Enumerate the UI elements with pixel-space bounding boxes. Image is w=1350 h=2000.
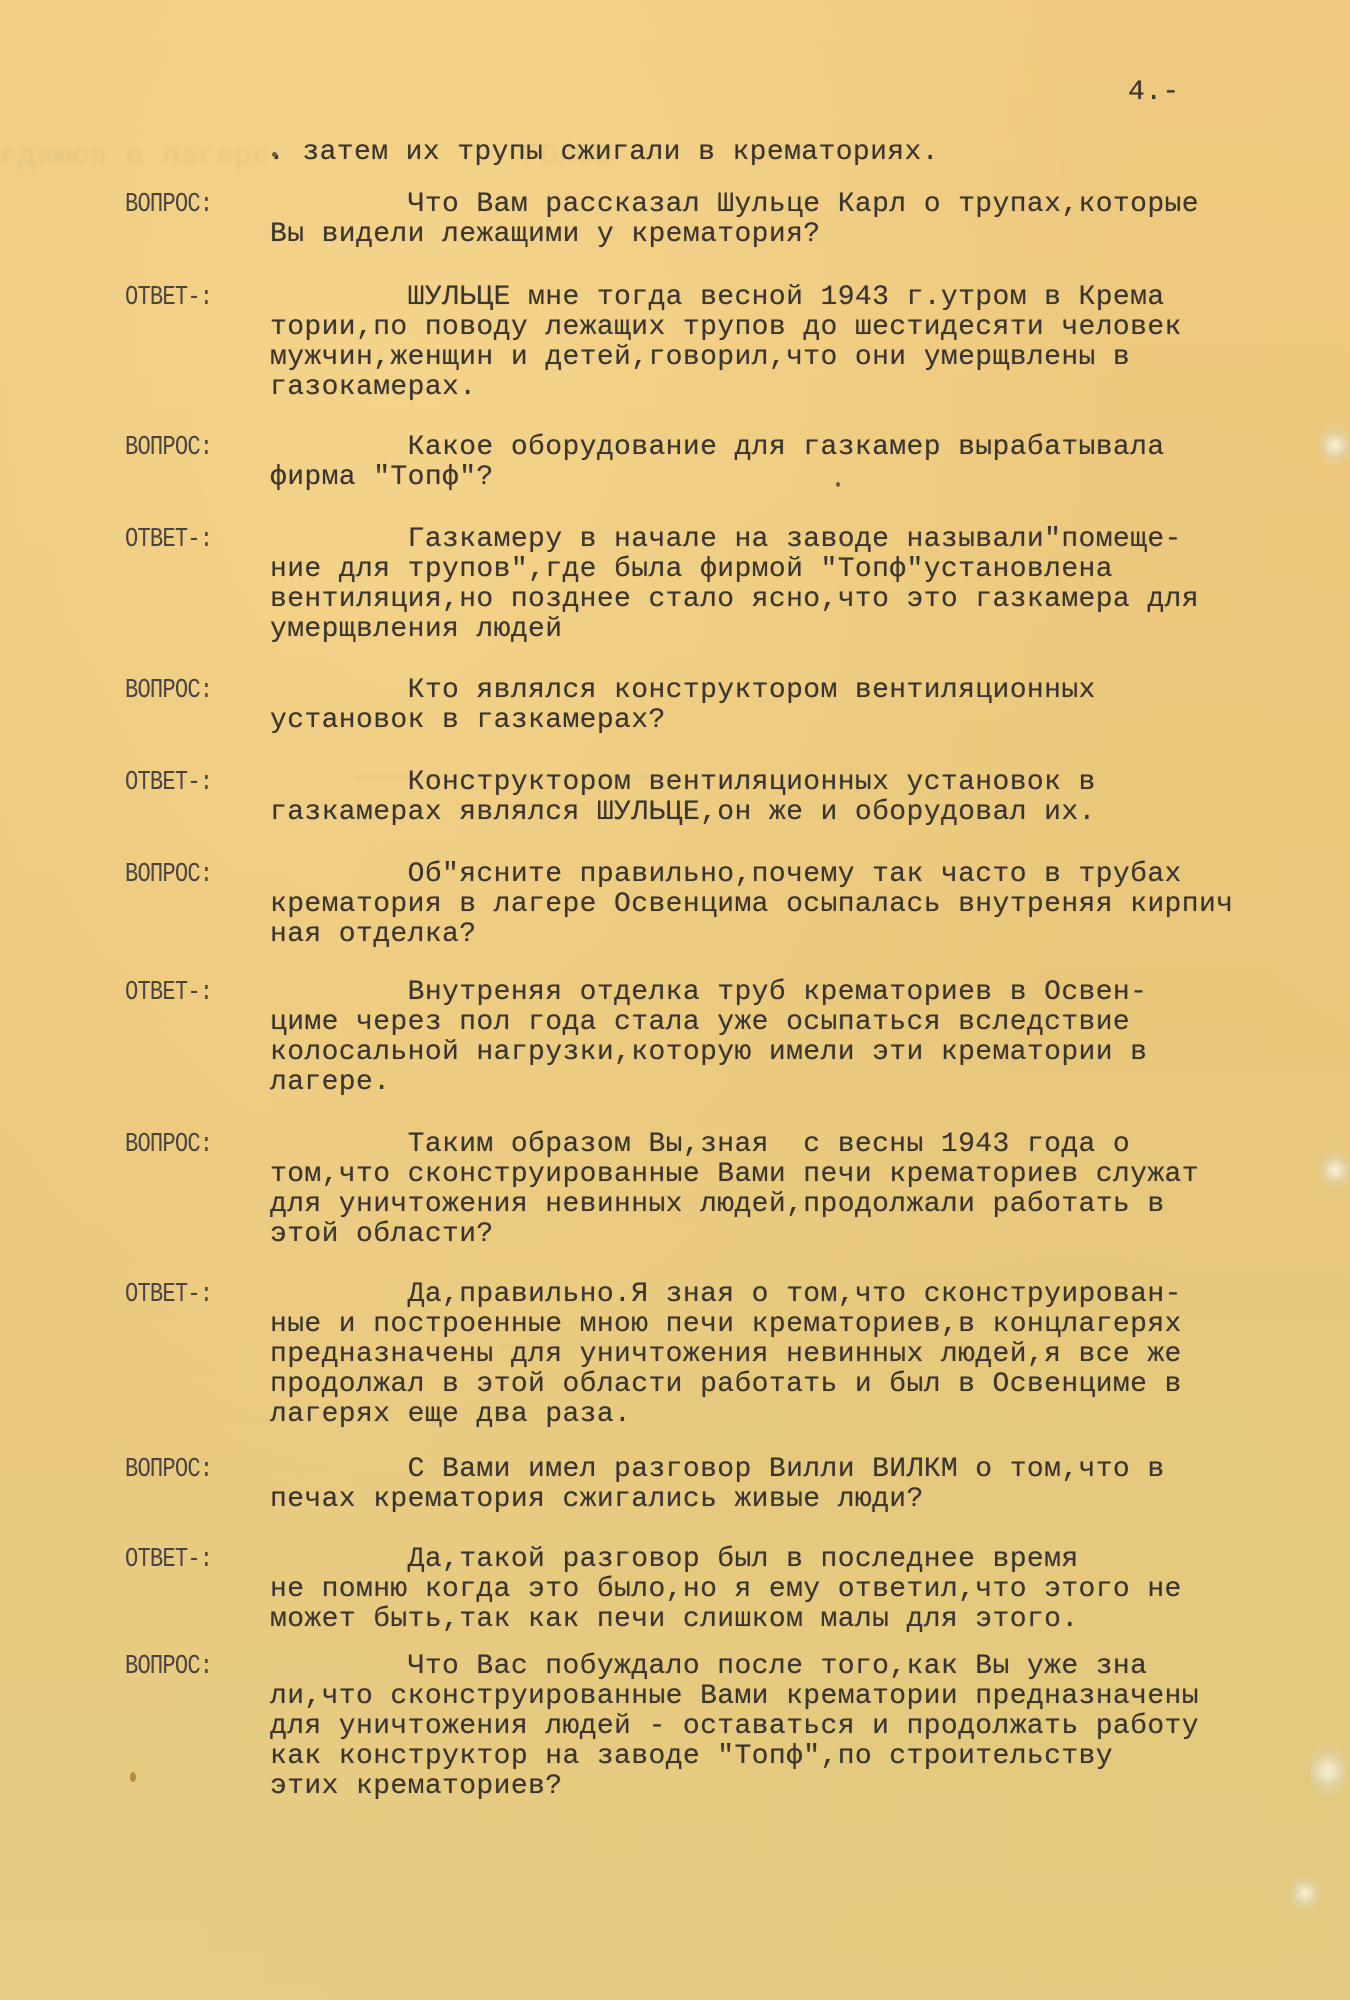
text-line: Об"ясните правильно,почему так часто в т…: [270, 860, 1330, 890]
question-label: ВОПРОС:: [125, 1455, 212, 1485]
entry-text: Внутреняя отделка труб крематориев в Осв…: [270, 978, 1330, 1098]
text-line: ШУЛЬЦЕ мне тогда весной 1943 г.утром в К…: [270, 283, 1330, 313]
text-line: Внутреняя отделка труб крематориев в Осв…: [270, 978, 1330, 1008]
text-line: Что Вас побуждало после того,как Вы уже …: [270, 1652, 1330, 1682]
answer-label: ОТВЕТ-:: [125, 283, 212, 313]
text-line: газокамерах.: [270, 373, 1330, 403]
text-line: ние для трупов",где была фирмой "Топф"ус…: [270, 555, 1330, 585]
ink-speck: [130, 1772, 136, 1782]
text-line: как конструктор на заводе "Топф",по стро…: [270, 1742, 1330, 1772]
text-line: для уничтожения невинных людей,продолжал…: [270, 1190, 1330, 1220]
text-line: предназначены для уничтожения невинных л…: [270, 1340, 1330, 1370]
paper-tear: [1320, 1150, 1350, 1190]
punch-hole: [1310, 1745, 1346, 1797]
text-line: ли,что сконструированные Вами крематории…: [270, 1682, 1330, 1712]
paper-tear: [1320, 425, 1350, 465]
text-line: этой области?: [270, 1220, 1330, 1250]
entry-text: ШУЛЬЦЕ мне тогда весной 1943 г.утром в К…: [270, 283, 1330, 403]
text-line: фирма "Топф"?: [270, 463, 1330, 493]
question-label: ВОПРОС:: [125, 860, 212, 890]
text-line: для уничтожения людей - оставаться и про…: [270, 1712, 1330, 1742]
entry-text: Конструктором вентиляционных установок в…: [270, 768, 1330, 828]
answer-label: ОТВЕТ-:: [125, 768, 212, 798]
text-line: умерщвления людей: [270, 615, 1330, 645]
text-line: Что Вам рассказал Шульце Карл о трупах,к…: [270, 190, 1330, 220]
text-line: крематория в лагере Освенцима осыпалась …: [270, 890, 1330, 920]
entry-text: Да,правильно.Я зная о том,что сконструир…: [270, 1280, 1330, 1430]
punch-hole: [1290, 1875, 1320, 1911]
question-label: ВОПРОС:: [125, 1652, 212, 1682]
text-line: лагере.: [270, 1068, 1330, 1098]
answer-label: ОТВЕТ-:: [125, 525, 212, 555]
text-line: циме через пол года стала уже осыпаться …: [270, 1008, 1330, 1038]
text-line: Кто являлся конструктором вентиляционных: [270, 676, 1330, 706]
text-line: продолжал в этой области работать и был …: [270, 1370, 1330, 1400]
text-line: не помню когда это было,но я ему ответил…: [270, 1575, 1330, 1605]
entry-text: Таким образом Вы,зная с весны 1943 года …: [270, 1130, 1330, 1250]
text-line: этих крематориев?: [270, 1772, 1330, 1802]
answer-label: ОТВЕТ-:: [125, 1545, 212, 1575]
text-line: Газкамеру в начале на заводе называли"по…: [270, 525, 1330, 555]
entry-text: Что Вас побуждало после того,как Вы уже …: [270, 1652, 1330, 1802]
entry-text: Какое оборудование для газкамер вырабаты…: [270, 433, 1330, 493]
question-label: ВОПРОС:: [125, 1130, 212, 1160]
text-line: тории,по поводу лежащих трупов до шестид…: [270, 313, 1330, 343]
ink-speck: [836, 482, 840, 487]
text-line: ные и построенные мною печи крематориев,…: [270, 1310, 1330, 1340]
answer-label: ОТВЕТ-:: [125, 978, 212, 1008]
text-line: Какое оборудование для газкамер вырабаты…: [270, 433, 1330, 463]
question-label: ВОПРОС:: [125, 433, 212, 463]
text-line: вентиляция,но позднее стало ясно,что это…: [270, 585, 1330, 615]
text-line: Да,такой разговор был в последнее время: [270, 1545, 1330, 1575]
text-line: может быть,так как печи слишком малы для…: [270, 1605, 1330, 1635]
entry-text: Кто являлся конструктором вентиляционных…: [270, 676, 1330, 736]
entry-text: Да,такой разговор был в последнее времян…: [270, 1545, 1330, 1635]
text-line: газкамерах являлся ШУЛЬЦЕ,он же и оборуд…: [270, 798, 1330, 828]
question-label: ВОПРОС:: [125, 676, 212, 706]
entry-text: С Вами имел разговор Вилли ВИЛКМ о том,ч…: [270, 1455, 1330, 1515]
ink-speck: [272, 152, 277, 157]
entry-text: Об"ясните правильно,почему так часто в т…: [270, 860, 1330, 950]
question-label: ВОПРОС:: [125, 190, 212, 220]
entry-text: Что Вам рассказал Шульце Карл о трупах,к…: [270, 190, 1330, 250]
text-line: колосальной нагрузки,которую имели эти к…: [270, 1038, 1330, 1068]
text-line: печах крематория сжигались живые люди?: [270, 1485, 1330, 1515]
text-line: Вы видели лежащими у крематория?: [270, 220, 1330, 250]
text-line: Да,правильно.Я зная о том,что сконструир…: [270, 1280, 1330, 1310]
page-number: 4.-: [1128, 78, 1180, 108]
text-line: С Вами имел разговор Вилли ВИЛКМ о том,ч…: [270, 1455, 1330, 1485]
entry-text: Газкамеру в начале на заводе называли"по…: [270, 525, 1330, 645]
text-line: Таким образом Вы,зная с весны 1943 года …: [270, 1130, 1330, 1160]
text-line: Конструктором вентиляционных установок в: [270, 768, 1330, 798]
opening-line: . затем их трупы сжигали в крематориях.: [268, 138, 939, 168]
text-line: ная отделка?: [270, 920, 1330, 950]
text-line: лагерях еще два раза.: [270, 1400, 1330, 1430]
text-line: установок в газкамерах?: [270, 706, 1330, 736]
text-line: мужчин,женщин и детей,говорил,что они ум…: [270, 343, 1330, 373]
answer-label: ОТВЕТ-:: [125, 1280, 212, 1310]
text-line: том,что сконструированные Вами печи крем…: [270, 1160, 1330, 1190]
